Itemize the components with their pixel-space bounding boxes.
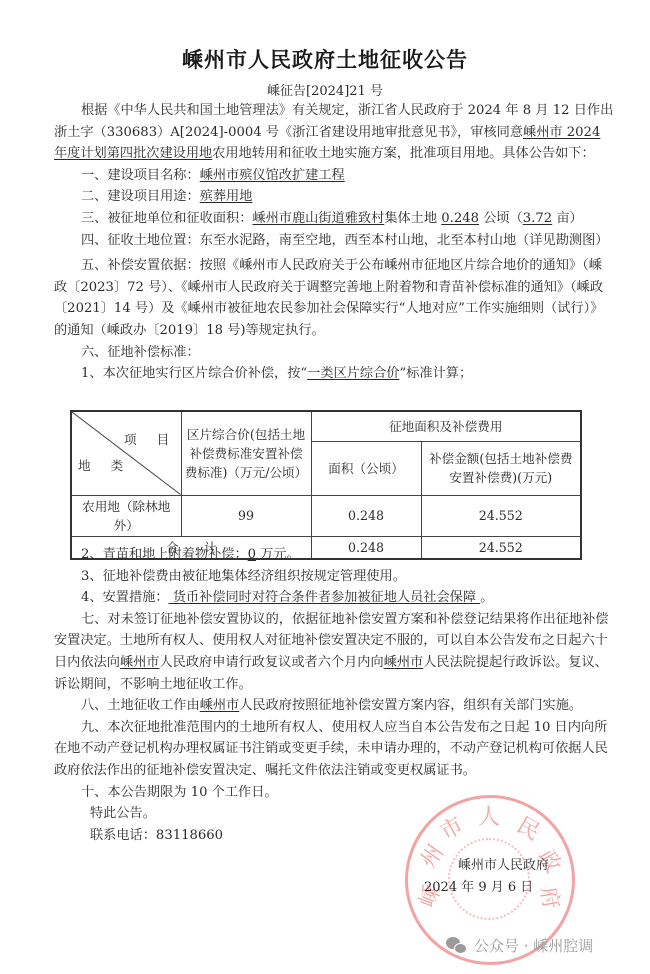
- diagonal-line-icon: [72, 412, 181, 495]
- item-ten: 十、本公告期限为 10 个工作日。: [54, 782, 614, 804]
- wechat-icon: [446, 937, 468, 955]
- item-6-1: 1、本次征地实行区片综合价补偿，按“一类区片综合价”标准计算；: [54, 363, 614, 385]
- issuer-name: 嵊州市人民政府: [448, 855, 549, 877]
- item-land-location: 四、征收土地位置：东至水泥路，南至空地，西至本村山地，北至本村山地（详见勘测图）: [54, 230, 614, 252]
- document-body: 根据《中华人民共和国土地管理法》有关规定，浙江省人民政府于 2024 年 8 月…: [54, 100, 614, 385]
- item-compensation-standard: 六、征地补偿标准：: [54, 342, 614, 364]
- seal-char: 人: [478, 800, 500, 831]
- item-project-use: 二、建设项目用途：殡葬用地: [54, 186, 614, 208]
- item-project-name: 一、建设项目名称：嵊州市殡仪馆改扩建工程: [54, 165, 614, 187]
- header-price: 区片综合价(包括土地补偿费标准安置补偿费标准)（万元/公顷）: [181, 411, 311, 495]
- item-seven: 七、对未签订征地补偿安置协议的，依据征地补偿安置方案和补偿登记结果将作出征地补偿…: [54, 609, 614, 695]
- diagonal-header-cell: 项 目 地 类: [71, 411, 181, 495]
- table-row: 农用地（除林地外） 99 0.248 24.552: [71, 495, 581, 536]
- document-title: 嵊州市人民政府土地征收公告: [0, 44, 650, 74]
- item-compensation-basis: 五、补偿安置依据：按照《嵊州市人民政府关于公布嵊州市征地区片综合地价的通知》（嵊…: [54, 255, 614, 341]
- header-area: 面积（公顷）: [311, 441, 421, 495]
- watermark: 公众号 · 嵊州腔调: [446, 935, 593, 956]
- item-6-2: 2、青苗和地上附着物补偿：0 万元。: [54, 544, 614, 566]
- header-group: 征地面积及补偿费用: [311, 411, 581, 441]
- document-body-continued: 2、青苗和地上附着物补偿：0 万元。 3、征地补偿费由被征地集体经济组织按规定管…: [54, 544, 614, 846]
- item-expropriated-unit: 三、被征地单位和征收面积：嵊州市鹿山街道雅致村集体土地 0.248 公顷（3.7…: [54, 208, 614, 230]
- item-6-3: 3、征地补偿费由被征地集体经济组织按规定管理使用。: [54, 566, 614, 588]
- watermark-text: 公众号 · 嵊州腔调: [474, 935, 593, 956]
- item-nine: 九、本次征地批准范围内的土地所有权人、使用权人应当自本公告发布之日起 10 日内…: [54, 717, 614, 782]
- issue-date: 2024 年 9 月 6 日: [424, 877, 549, 899]
- signature-block: 嵊州市人民政府 2024 年 9 月 6 日: [448, 855, 549, 899]
- compensation-table: 项 目 地 类 区片综合价(包括土地补偿费标准安置补偿费标准)（万元/公顷） 征…: [70, 410, 582, 560]
- item-eight: 八、土地征收工作由嵊州市人民政府按照征地补偿安置方案内容，组织有关部门实施。: [54, 695, 614, 717]
- document-number: 嵊征告[2024]21 号: [0, 80, 650, 99]
- announcement-page: 嵊州市人民政府土地征收公告 嵊征告[2024]21 号 根据《中华人民共和国土地…: [0, 0, 650, 974]
- header-amount: 补偿金额(包括土地补偿费安置补偿费)(万元): [421, 441, 581, 495]
- item-6-4: 4、安置措施： 货币补偿同时对符合条件者参加被征地人员社会保障 。: [54, 587, 614, 609]
- intro-paragraph: 根据《中华人民共和国土地管理法》有关规定，浙江省人民政府于 2024 年 8 月…: [54, 100, 614, 165]
